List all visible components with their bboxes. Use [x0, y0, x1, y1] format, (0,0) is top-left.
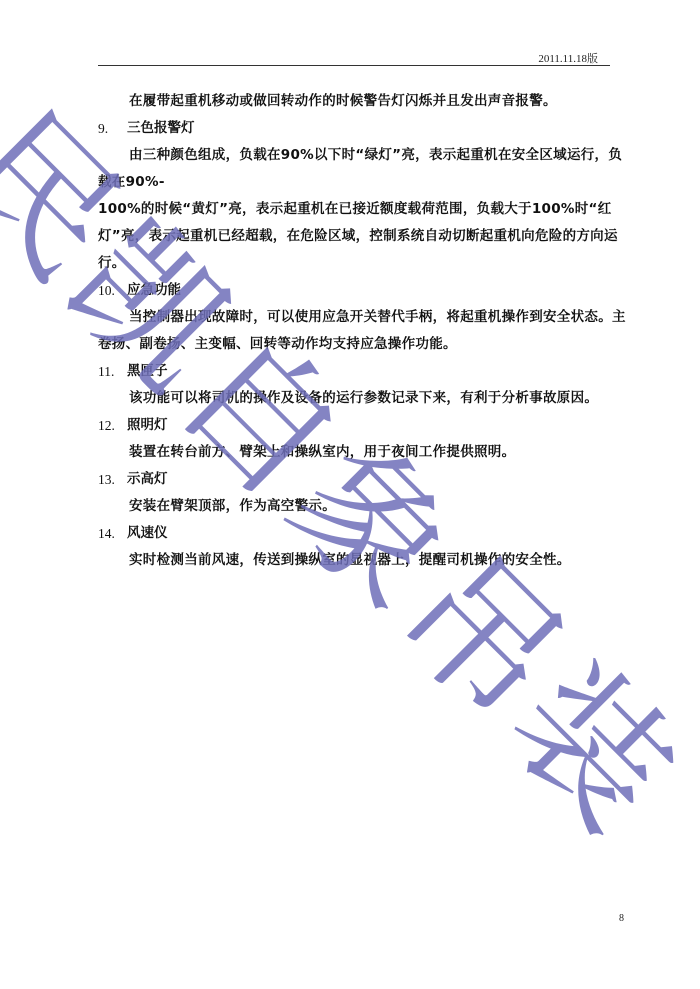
section-number: 13. [98, 466, 127, 493]
section-paragraph: 装置在转台前方、臂架上和操纵室内，用于夜间工作提供照明。 [98, 439, 628, 466]
section-title: 示高灯 [127, 466, 168, 493]
section-title: 照明灯 [127, 412, 168, 439]
section-title: 三色报警灯 [127, 115, 195, 142]
section-paragraph: 安装在臂架顶部，作为高空警示。 [98, 493, 628, 520]
section-title: 风速仪 [127, 520, 168, 547]
section-number: 9. [98, 115, 127, 142]
section-heading: 10. 应急功能 [98, 277, 628, 304]
section-paragraph: 当控制器出现故障时，可以使用应急开关替代手柄，将起重机操作到安全状态。主卷扬、副… [98, 304, 628, 358]
section-paragraph: 该功能可以将司机的操作及设备的运行参数记录下来，有利于分析事故原因。 [98, 385, 628, 412]
section-paragraph: 由三种颜色组成，负载在90%以下时“绿灯”亮，表示起重机在安全区域运行，负载在9… [98, 142, 628, 196]
section-10: 10. 应急功能 当控制器出现故障时，可以使用应急开关替代手柄，将起重机操作到安… [98, 277, 628, 358]
intro-paragraph: 在履带起重机移动或做回转动作的时候警告灯闪烁并且发出声音报警。 [98, 88, 628, 115]
section-heading: 13. 示高灯 [98, 466, 628, 493]
section-9: 9. 三色报警灯 由三种颜色组成，负载在90%以下时“绿灯”亮，表示起重机在安全… [98, 115, 628, 277]
section-title: 黑匣子 [127, 358, 168, 385]
section-heading: 14. 风速仪 [98, 520, 628, 547]
section-number: 11. [98, 358, 127, 385]
section-heading: 11. 黑匣子 [98, 358, 628, 385]
section-number: 10. [98, 277, 127, 304]
section-11: 11. 黑匣子 该功能可以将司机的操作及设备的运行参数记录下来，有利于分析事故原… [98, 358, 628, 412]
section-paragraph: 100%的时候“黄灯”亮，表示起重机在已接近额度载荷范围，负载大于100%时“红… [98, 196, 628, 277]
section-14: 14. 风速仪 实时检测当前风速，传送到操纵室的显视器上，提醒司机操作的安全性。 [98, 520, 628, 574]
section-heading: 12. 照明灯 [98, 412, 628, 439]
section-number: 14. [98, 520, 127, 547]
section-number: 12. [98, 412, 127, 439]
section-heading: 9. 三色报警灯 [98, 115, 628, 142]
document-body: 在履带起重机移动或做回转动作的时候警告灯闪烁并且发出声音报警。 9. 三色报警灯… [98, 88, 628, 574]
header-version-date: 2011.11.18版 [538, 50, 598, 66]
header-rule [98, 65, 610, 66]
section-title: 应急功能 [127, 277, 181, 304]
page-number: 8 [619, 913, 624, 924]
section-paragraph: 实时检测当前风速，传送到操纵室的显视器上，提醒司机操作的安全性。 [98, 547, 628, 574]
section-13: 13. 示高灯 安装在臂架顶部，作为高空警示。 [98, 466, 628, 520]
section-12: 12. 照明灯 装置在转台前方、臂架上和操纵室内，用于夜间工作提供照明。 [98, 412, 628, 466]
